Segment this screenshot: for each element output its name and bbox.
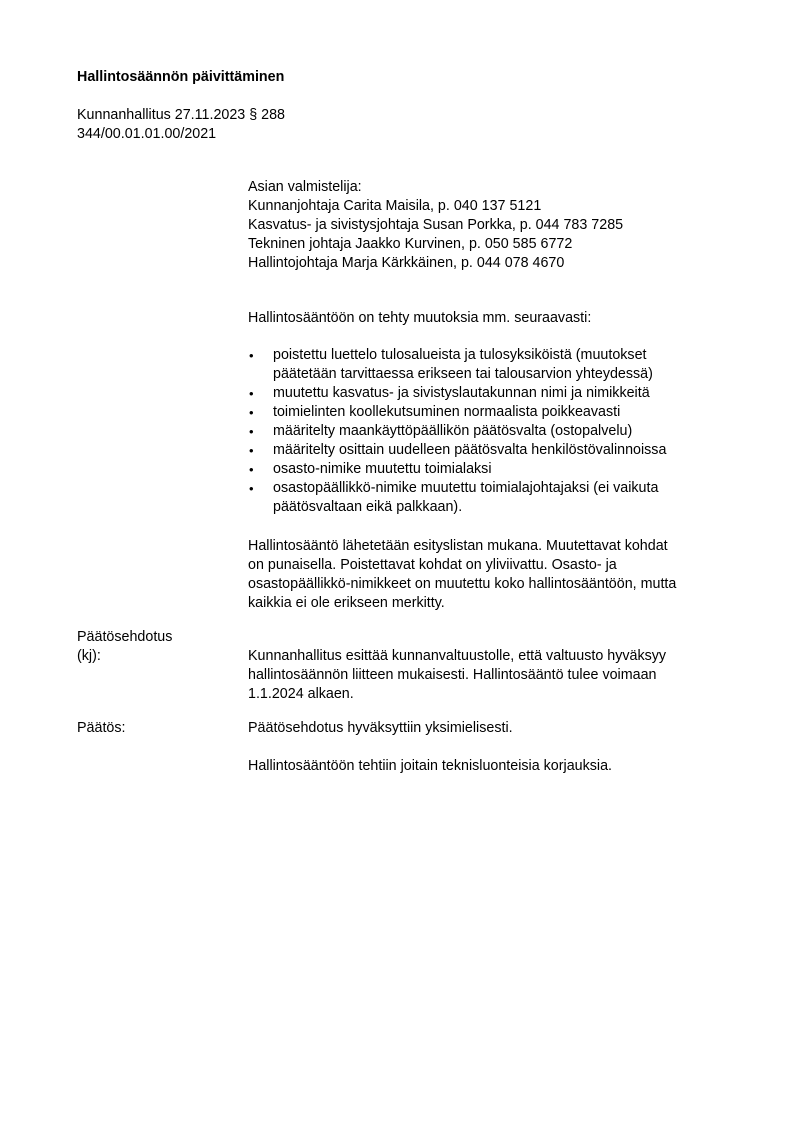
preparers-section: Asian valmistelija: Kunnanjohtaja Carita… [248,178,623,273]
list-item: • määritelty maankäyttöpäällikön päätösv… [248,422,666,441]
changes-intro: Hallintosääntöön on tehty muutoksia mm. … [248,309,591,328]
list-item: • poistettu luettelo tulosalueista ja tu… [248,346,666,384]
preparer-line: Kunnanjohtaja Carita Maisila, p. 040 137… [248,197,623,216]
changes-list: • poistettu luettelo tulosalueista ja tu… [248,346,666,517]
proposal-label: Päätösehdotus (kj): [77,628,172,666]
document-title: Hallintosäännön päivittäminen [77,68,284,87]
list-item: • osastopäällikkö-nimike muutettu toimia… [248,479,666,517]
decision-text: Päätösehdotus hyväksyttiin yksimielisest… [248,719,513,738]
changes-note: Hallintosääntö lähetetään esityslistan m… [248,537,676,613]
list-item: • määritelty osittain uudelleen päätösva… [248,441,666,460]
record-id: 344/00.01.01.00/2021 [77,125,216,144]
decision-label: Päätös: [77,719,125,738]
list-item: • osasto-nimike muutettu toimialaksi [248,460,666,479]
list-item: • muutettu kasvatus- ja sivistyslautakun… [248,384,666,403]
bullet-icon: • [249,460,254,479]
preparer-line: Hallintojohtaja Marja Kärkkäinen, p. 044… [248,254,623,273]
proposal-text: Kunnanhallitus esittää kunnanvaltuustoll… [248,647,666,704]
bullet-icon: • [249,346,254,365]
preparers-label: Asian valmistelija: [248,178,623,197]
bullet-icon: • [249,403,254,422]
bullet-icon: • [249,422,254,441]
list-item: • toimielinten koollekutsuminen normaali… [248,403,666,422]
preparer-line: Kasvatus- ja sivistysjohtaja Susan Porkk… [248,216,623,235]
bullet-icon: • [249,441,254,460]
preparer-line: Tekninen johtaja Jaakko Kurvinen, p. 050… [248,235,623,254]
bullet-icon: • [249,384,254,403]
meeting-reference: Kunnanhallitus 27.11.2023 § 288 [77,106,285,125]
decision-note: Hallintosääntöön tehtiin joitain teknisl… [248,757,612,776]
bullet-icon: • [249,479,254,498]
